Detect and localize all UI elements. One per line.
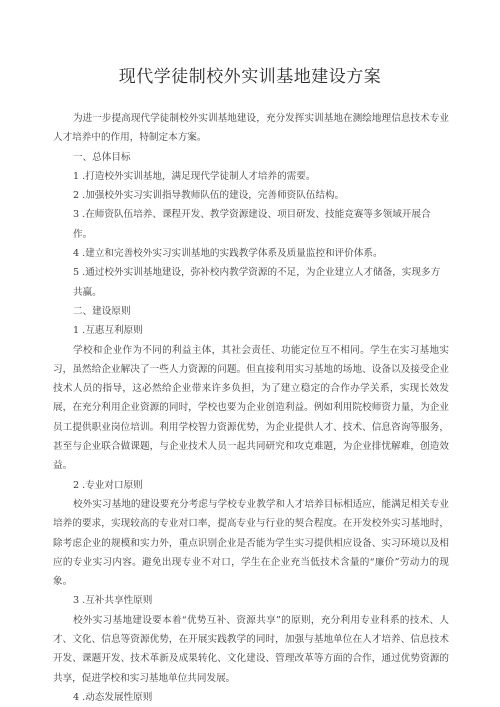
principle-heading: 4 .动态发展性原则 [53,688,449,707]
intro-paragraph: 为进一步提高现代学徒制校外实训基地建设，充分发挥实训基地在测绘地理信息技术专业人… [53,109,449,148]
section-heading-goals: 一、总体目标 [53,148,449,167]
principle-heading: 3 .互补共享性原则 [53,591,449,610]
goal-item: 1 .打造校外实训基地，满足现代学徒制人才培养的需要。 [53,167,449,186]
document-body: 为进一步提高现代学徒制校外实训基地建设，充分发挥实训基地在测绘地理信息技术专业人… [53,109,449,707]
goal-item: 4 .建立和完善校外实习实训基地的实践教学体系及质量监控和评价体系。 [53,244,449,263]
principle-heading: 1 .互惠互利原则 [53,321,449,340]
principle-heading: 2 .专业对口原则 [53,476,449,495]
goal-item: 3 .在师资队伍培养、课程开发、教学资源建设、项目研发、技能竞赛等多领域开展合作… [53,205,449,244]
section-heading-principles: 二、建设原则 [53,302,449,321]
principle-paragraph: 学校和企业作为不同的利益主体，其社会责任、功能定位互不相同。学生在实习基地实习，… [53,341,449,476]
goal-item: 5 .通过校外实训基地建设，弥补校内教学资源的不足，为企业建立人才储备，实现多方… [53,263,449,302]
document-title: 现代学徒制校外实训基地建设方案 [0,62,500,87]
document-page: 现代学徒制校外实训基地建设方案 为进一步提高现代学徒制校外实训基地建设，充分发挥… [0,0,500,707]
goal-item: 2 .加强校外实习实训指导教师队伍的建设，完善师资队伍结构。 [53,186,449,205]
principle-paragraph: 校外实习基地的建设要充分考虑与学校专业教学和人才培养目标相适应，能满足相关专业培… [53,495,449,591]
principle-paragraph: 校外实习基地建设要本着“优势互补、资源共享”的原则，充分利用专业科系的技术、人才… [53,611,449,688]
